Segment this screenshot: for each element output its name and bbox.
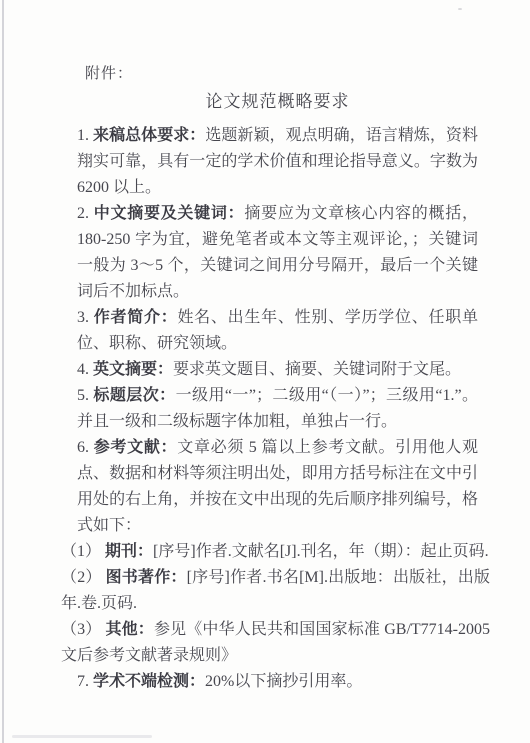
document-content: 附件： 论文规范概略要求 1.来稿总体要求：选题新颖，观点明确，语言精炼，资料翔… [77, 0, 478, 695]
item-number: （3） [61, 621, 101, 638]
item-number: 1. [77, 127, 89, 144]
attachment-label: 附件： [85, 64, 478, 84]
item-label: 来稿总体要求： [93, 127, 205, 144]
item-number: 3. [77, 309, 89, 326]
item-label: 图书著作： [106, 569, 187, 586]
item-label: 中文摘要及关键词： [93, 205, 244, 222]
item-text: 要求英文题目、摘要、关键词附于文尾。 [173, 361, 461, 378]
requirement-item-2: 2.中文摘要及关键词：摘要应为文章核心内容的概括，180-250 字为宜，避免笔… [77, 201, 478, 305]
requirement-item-7: 7.学术不端检测：20%以下摘抄引用率。 [77, 669, 478, 695]
item-label: 英文摘要： [93, 361, 173, 378]
item-number: 4. [77, 361, 89, 378]
item-number: （2） [61, 569, 102, 586]
item-label: 期刊： [105, 543, 153, 560]
reference-format-book: （2）图书著作：[序号]作者.书名[M].出版地：出版社，出版年.卷.页码. [61, 565, 490, 617]
scan-edge-line [2, 0, 4, 743]
item-number: 6. [77, 439, 89, 456]
requirement-item-4: 4.英文摘要：要求英文题目、摘要、关键词附于文尾。 [77, 357, 478, 383]
item-text: 20%以下摘抄引用率。 [205, 673, 362, 690]
item-label: 参考文献： [93, 439, 177, 456]
item-label: 标题层次： [93, 387, 176, 404]
item-number: 2. [77, 205, 89, 222]
document-title: 论文规范概略要求 [77, 90, 478, 114]
item-label: 其他： [105, 621, 153, 638]
reference-format-other: （3）其他：参见《中华人民共和国国家标准 GB/T7714-2005 文后参考文… [61, 617, 490, 669]
scan-smudge [12, 735, 152, 738]
item-label: 作者简介： [93, 309, 177, 326]
requirement-item-3: 3.作者简介：姓名、出生年、性别、学历学位、任职单位、职称、研究领域。 [77, 305, 478, 357]
requirement-item-1: 1.来稿总体要求：选题新颖，观点明确，语言精炼，资料翔实可靠，具有一定的学术价值… [77, 123, 478, 201]
item-number: 7. [77, 673, 89, 690]
reference-format-journal: （1）期刊：[序号]作者.文献名[J].刊名，年（期）：起止页码. [61, 539, 490, 565]
item-number: （1） [61, 543, 101, 560]
item-text: [序号]作者.文献名[J].刊名，年（期）：起止页码. [153, 543, 489, 560]
item-label: 学术不端检测： [93, 673, 205, 690]
requirement-item-5: 5.标题层次：一级用“一”；二级用“（一）”；三级用“1.”。并且一级和二级标题… [77, 383, 478, 435]
requirement-item-6: 6.参考文献：文章必须 5 篇以上参考文献。引用他人观点、数据和材料等须注明出处… [77, 435, 478, 539]
scanned-document-page: 附件： 论文规范概略要求 1.来稿总体要求：选题新颖，观点明确，语言精炼，资料翔… [0, 0, 530, 743]
item-number: 5. [77, 387, 89, 404]
